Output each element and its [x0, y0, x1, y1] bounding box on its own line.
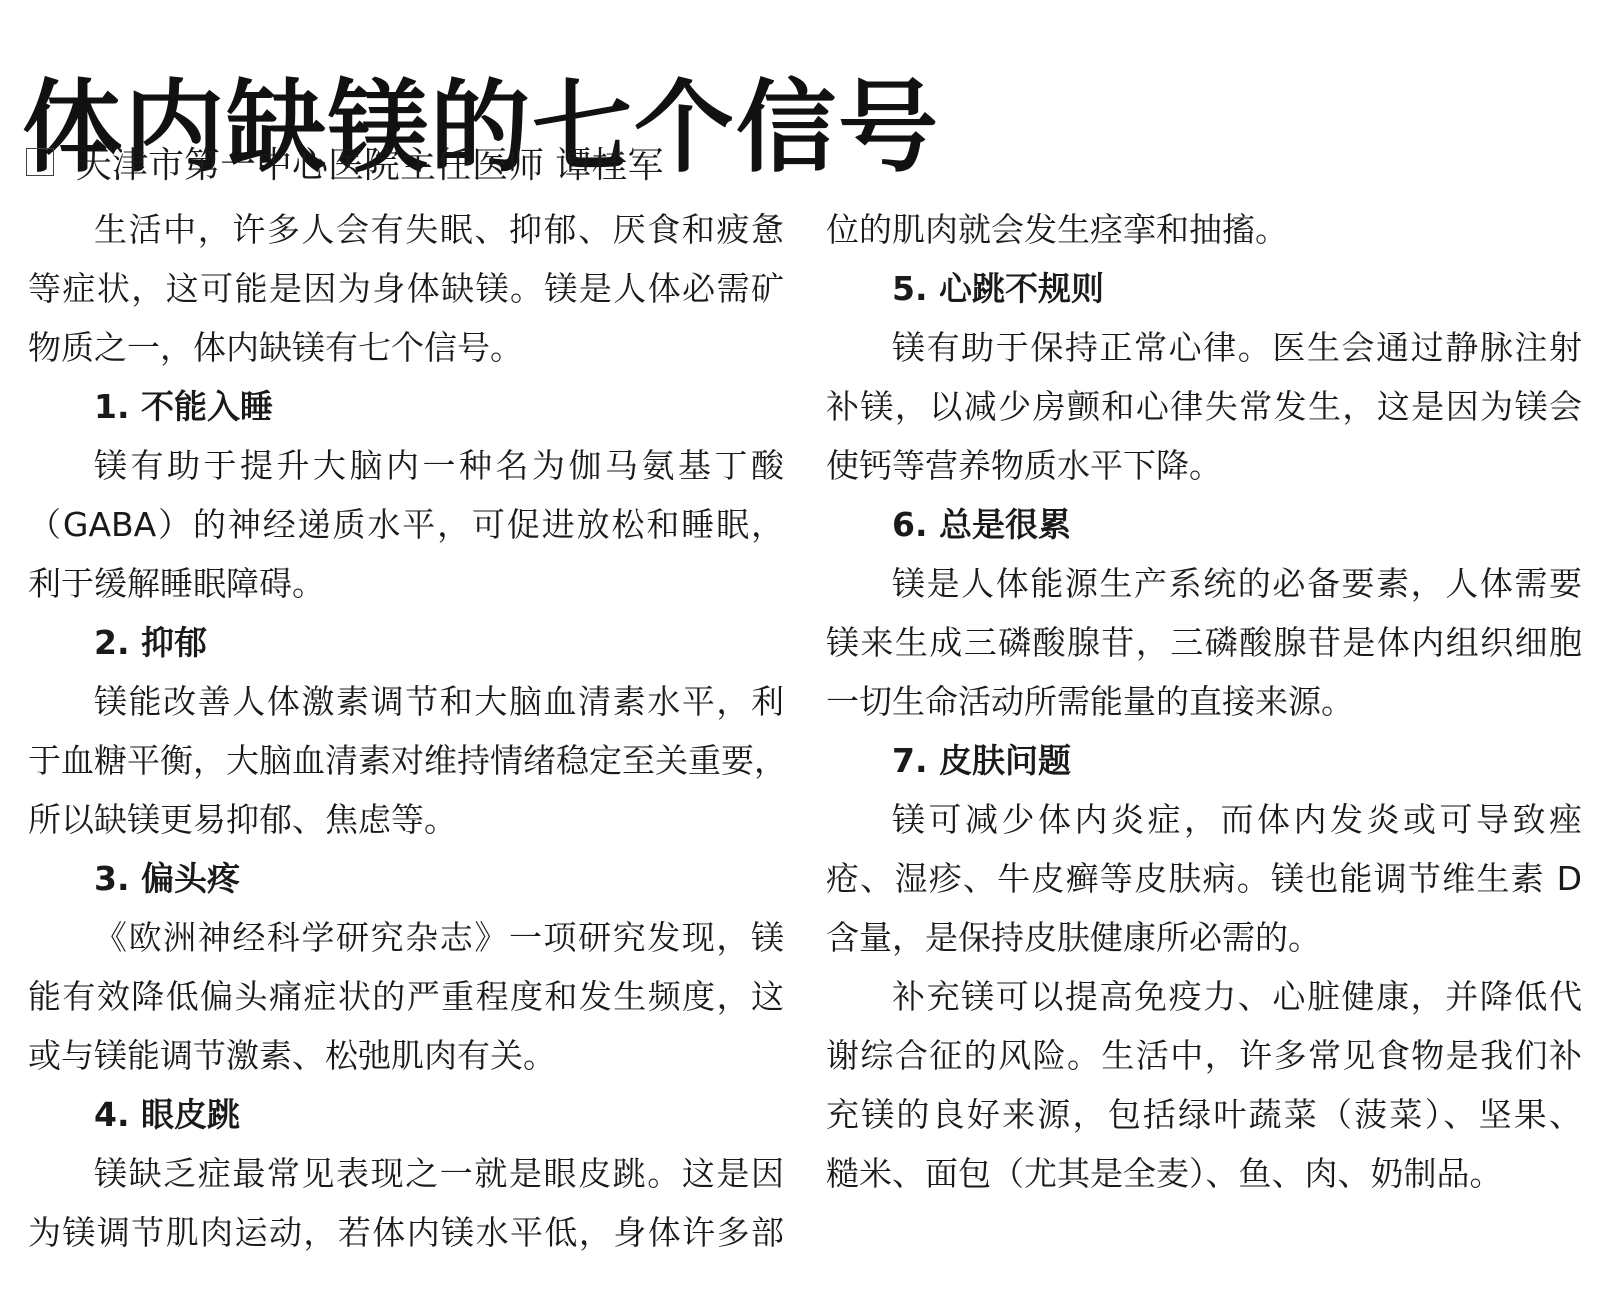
paragraph-line: 一切生命活动所需能量的直接来源。	[826, 678, 1582, 726]
paragraph-line: 补镁，以减少房颤和心律失常发生，这是因为镁会	[826, 383, 1582, 431]
section-heading: 4. 眼皮跳	[94, 1091, 240, 1139]
section-heading: 6. 总是很累	[892, 501, 1071, 549]
paragraph-line: 糙米、面包（尤其是全麦）、鱼、肉、奶制品。	[826, 1150, 1582, 1198]
section-heading: 5. 心跳不规则	[892, 265, 1104, 313]
paragraph-line: 《欧洲神经科学研究杂志》一项研究发现，镁	[94, 914, 784, 962]
paragraph-line: （GABA）的神经递质水平，可促进放松和睡眠，	[28, 501, 784, 549]
paragraph-line: 镁可减少体内炎症，而体内发炎或可导致痤	[892, 796, 1582, 844]
paragraph-line: 补充镁可以提高免疫力、心脏健康，并降低代	[892, 973, 1582, 1021]
paragraph-line: 利于缓解睡眠障碍。	[28, 560, 784, 608]
section-heading: 2. 抑郁	[94, 619, 207, 667]
paragraph-line: 所以缺镁更易抑郁、焦虑等。	[28, 796, 784, 844]
paragraph-line: 位的肌肉就会发生痉挛和抽搐。	[826, 206, 1582, 254]
paragraph-line: 物质之一，体内缺镁有七个信号。	[28, 324, 784, 372]
section-heading: 7. 皮肤问题	[892, 737, 1071, 785]
byline: 天津市第一中心医院主任医师 谭桂军	[26, 140, 663, 184]
square-bullet-icon	[26, 148, 54, 176]
paragraph-line: 能有效降低偏头痛症状的严重程度和发生频度，这	[28, 973, 784, 1021]
section-heading: 1. 不能入睡	[94, 383, 273, 431]
paragraph-line: 疮、湿疹、牛皮癣等皮肤病。镁也能调节维生素 D	[826, 855, 1582, 903]
paragraph-line: 生活中，许多人会有失眠、抑郁、厌食和疲惫	[94, 206, 784, 254]
paragraph-line: 等症状，这可能是因为身体缺镁。镁是人体必需矿	[28, 265, 784, 313]
paragraph-line: 镁能改善人体激素调节和大脑血清素水平，利	[94, 678, 784, 726]
paragraph-line: 镁是人体能源生产系统的必备要素，人体需要	[892, 560, 1582, 608]
paragraph-line: 使钙等营养物质水平下降。	[826, 442, 1582, 490]
paragraph-line: 为镁调节肌肉运动，若体内镁水平低，身体许多部	[28, 1209, 784, 1257]
paragraph-line: 含量，是保持皮肤健康所必需的。	[826, 914, 1582, 962]
paragraph-line: 镁有助于保持正常心律。医生会通过静脉注射	[892, 324, 1582, 372]
paragraph-line: 充镁的良好来源，包括绿叶蔬菜（菠菜）、坚果、	[826, 1091, 1582, 1139]
paragraph-line: 镁来生成三磷酸腺苷，三磷酸腺苷是体内组织细胞	[826, 619, 1582, 667]
paragraph-line: 镁缺乏症最常见表现之一就是眼皮跳。这是因	[94, 1150, 784, 1198]
paragraph-line: 谢综合征的风险。生活中，许多常见食物是我们补	[826, 1032, 1582, 1080]
section-heading: 3. 偏头疼	[94, 855, 240, 903]
paragraph-line: 或与镁能调节激素、松弛肌肉有关。	[28, 1032, 784, 1080]
paragraph-line: 于血糖平衡，大脑血清素对维持情绪稳定至关重要，	[28, 737, 784, 785]
paragraph-line: 镁有助于提升大脑内一种名为伽马氨基丁酸	[94, 442, 784, 490]
author-credit: 天津市第一中心医院主任医师 谭桂军	[76, 137, 663, 188]
